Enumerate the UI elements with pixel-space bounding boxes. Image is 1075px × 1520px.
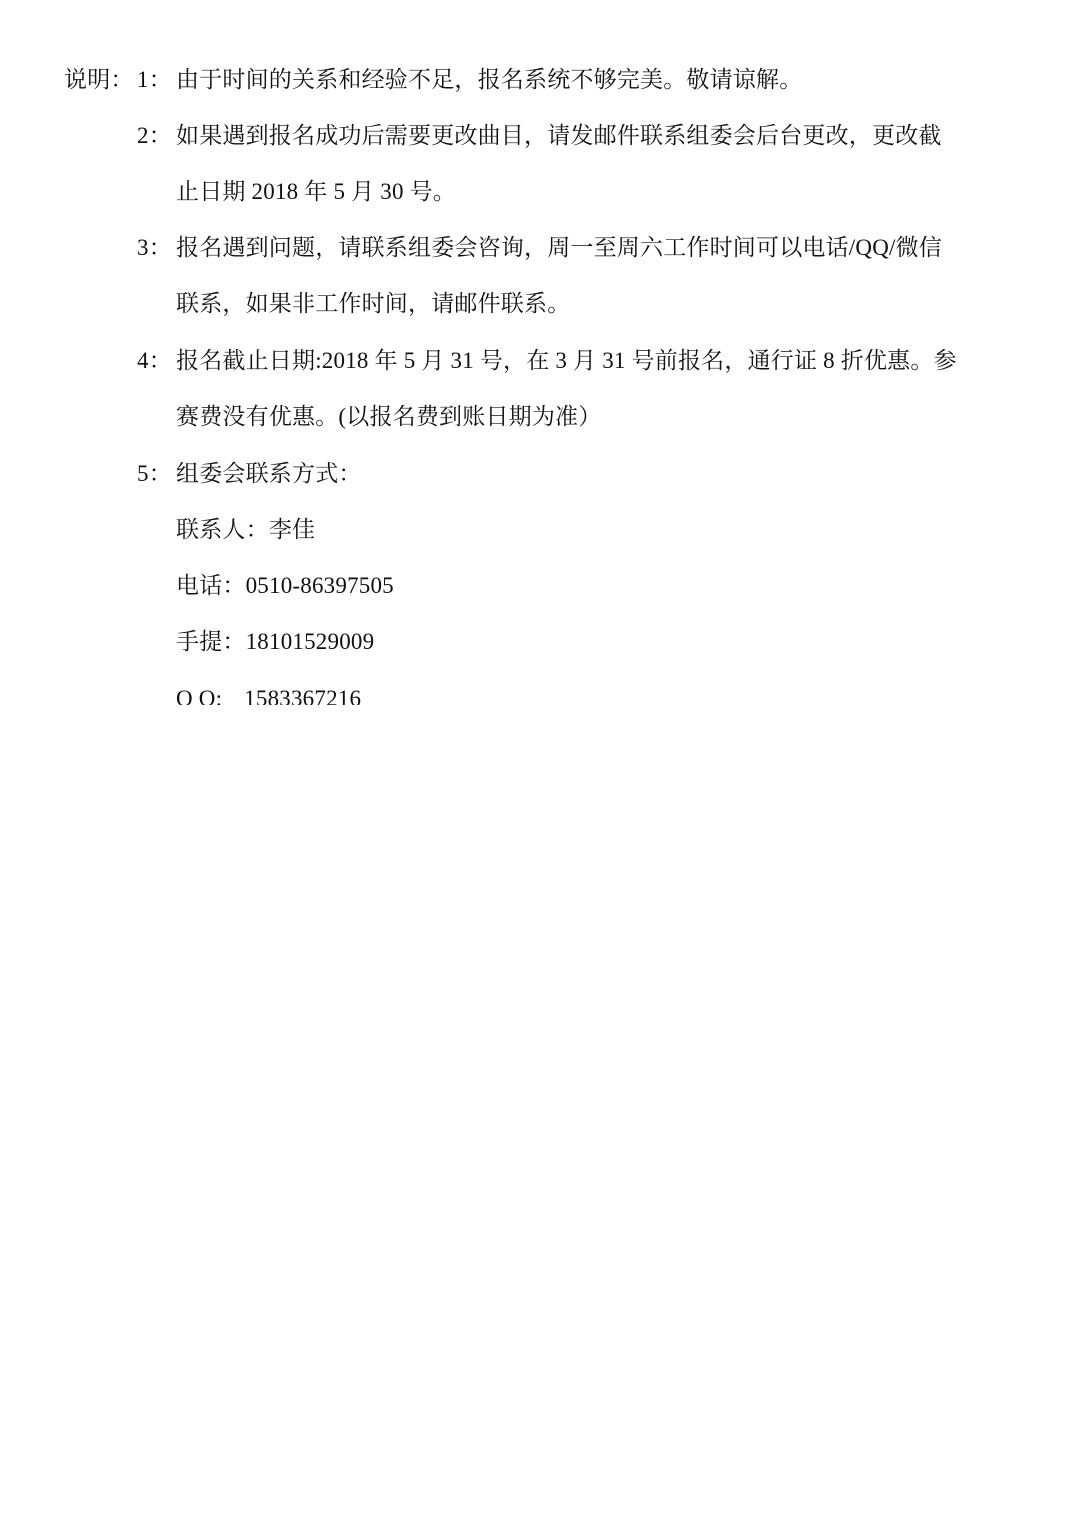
item-text: 如果遇到报名成功后需要更改曲目，请发邮件联系组委会后台更改，更改截 bbox=[176, 121, 942, 151]
contact-phone-label: 电话： bbox=[176, 573, 246, 598]
item-number: 5： bbox=[137, 459, 172, 489]
item-number: 4： bbox=[137, 346, 172, 376]
item-number: 3： bbox=[137, 233, 172, 263]
contact-person-value: 李佳 bbox=[269, 517, 315, 542]
contact-mobile-value: 18101529009 bbox=[246, 629, 375, 654]
contact-qq-label: Q Q: bbox=[176, 686, 222, 705]
item-text: 由于时间的关系和经验不足，报名系统不够完美。敬请谅解。 bbox=[176, 65, 802, 95]
item-text: 组委会联系方式： bbox=[176, 459, 362, 489]
item-text: 赛费没有优惠。(以报名费到账日期为准） bbox=[176, 402, 601, 432]
item-text: 报名截止日期:2018 年 5 月 31 号，在 3 月 31 号前报名，通行证… bbox=[176, 346, 957, 376]
item-text: 止日期 2018 年 5 月 30 号。 bbox=[176, 177, 456, 207]
contact-phone-value: 0510-86397505 bbox=[246, 573, 394, 598]
item-text: 联系，如果非工作时间，请邮件联系。 bbox=[176, 289, 570, 319]
contact-mobile-label: 手提： bbox=[176, 629, 246, 654]
document-page: 说明： 1： 由于时间的关系和经验不足，报名系统不够完美。敬请谅解。 2： 如果… bbox=[0, 0, 1075, 705]
contact-person-label: 联系人： bbox=[176, 517, 269, 542]
item-number: 2： bbox=[137, 121, 172, 151]
item-number: 1： bbox=[137, 65, 172, 95]
notes-heading: 说明： bbox=[64, 65, 134, 95]
contact-qq-value: 1583367216 bbox=[244, 686, 361, 705]
item-text: 报名遇到问题，请联系组委会咨询，周一至周六工作时间可以电话/QQ/微信 bbox=[176, 233, 942, 263]
